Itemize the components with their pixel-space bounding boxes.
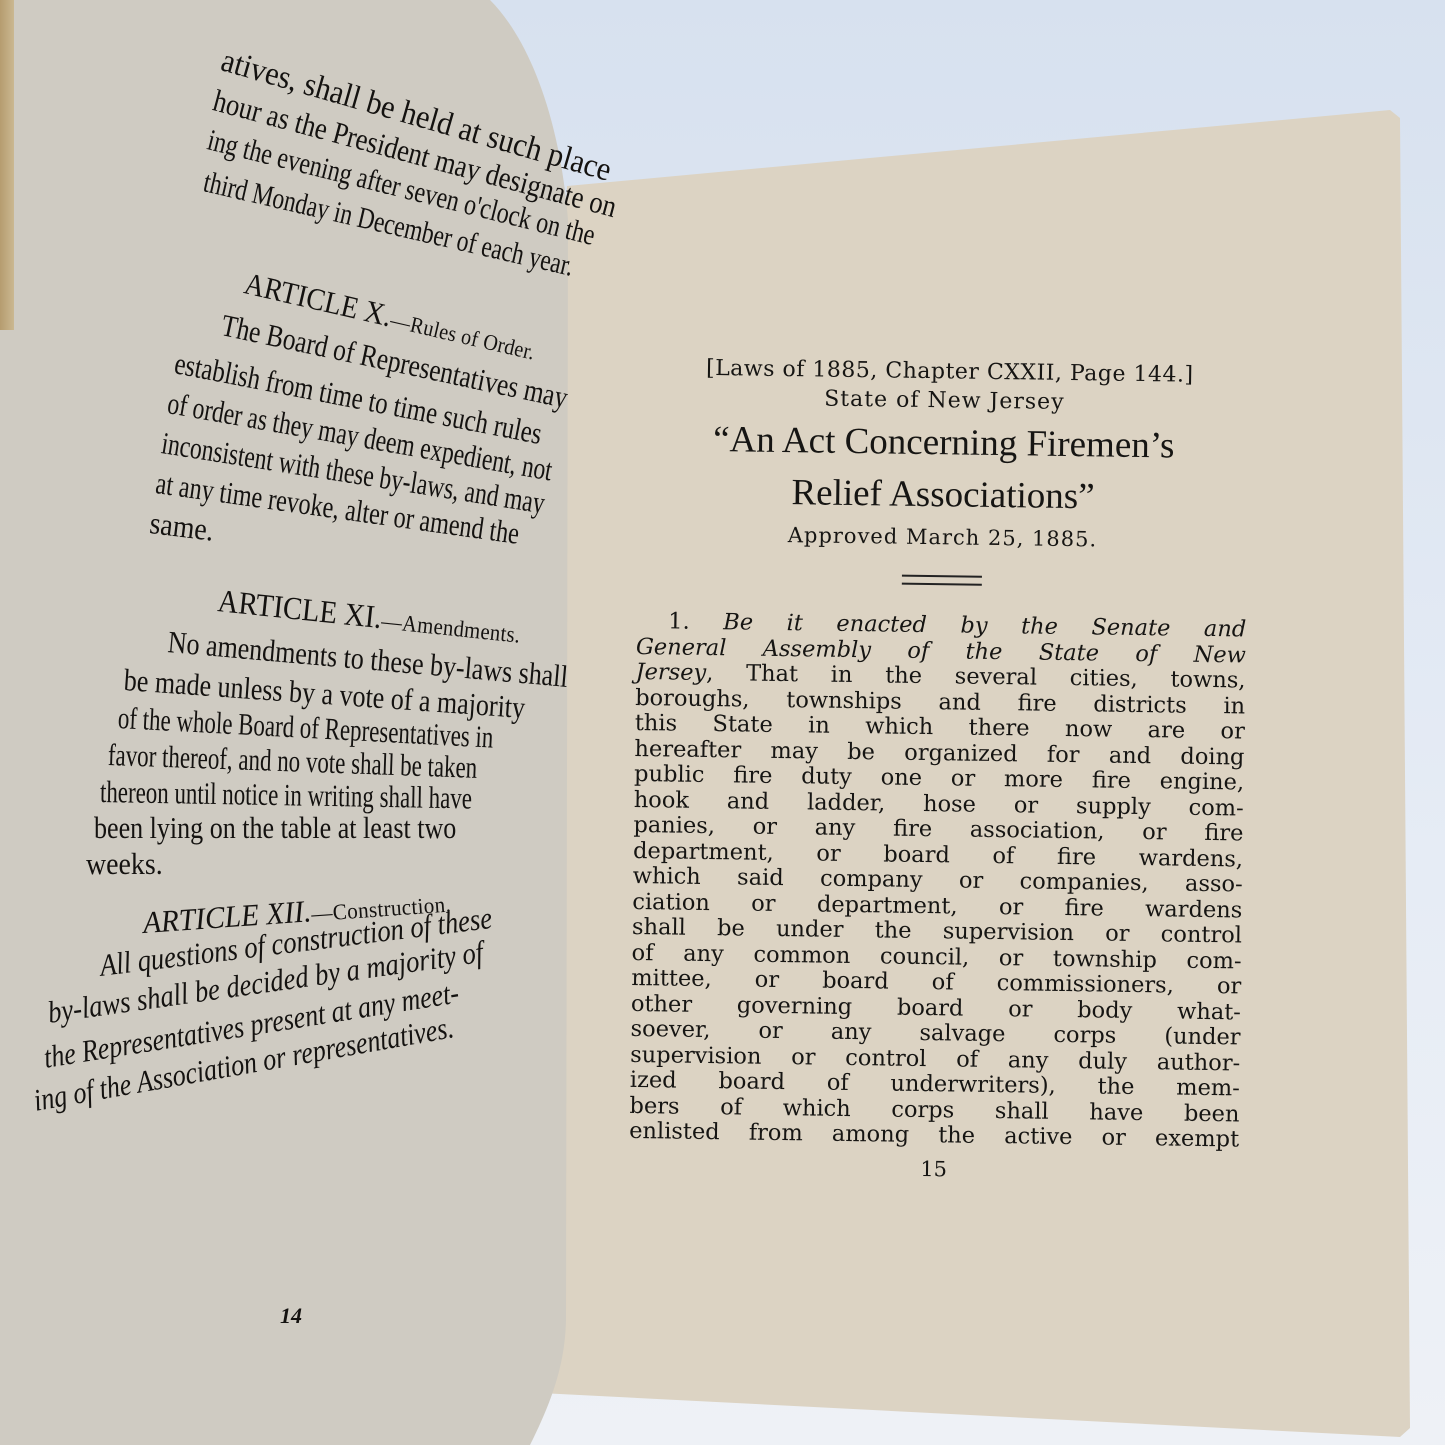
- page-number-left: 14: [280, 1303, 302, 1329]
- double-rule-divider: [902, 575, 982, 586]
- section-1-body: 1. Be it enacted by the Senate and Gener…: [629, 609, 1246, 1153]
- right-page-text: [Laws of 1885, Chapter CXXII, Page 144.]…: [629, 355, 1250, 1185]
- approved-date: Approved March 25, 1885.: [637, 521, 1247, 554]
- article-xi-line: been lying on the table at least two: [94, 810, 456, 846]
- article-xi-line: weeks.: [86, 846, 163, 882]
- article-x-line: same.: [148, 505, 216, 549]
- state-heading: State of New Jersey: [639, 384, 1249, 418]
- act-title-line-1: “An Act Concerning Firemen’s: [639, 417, 1250, 470]
- act-title-line-2: Relief Associations”: [638, 469, 1249, 522]
